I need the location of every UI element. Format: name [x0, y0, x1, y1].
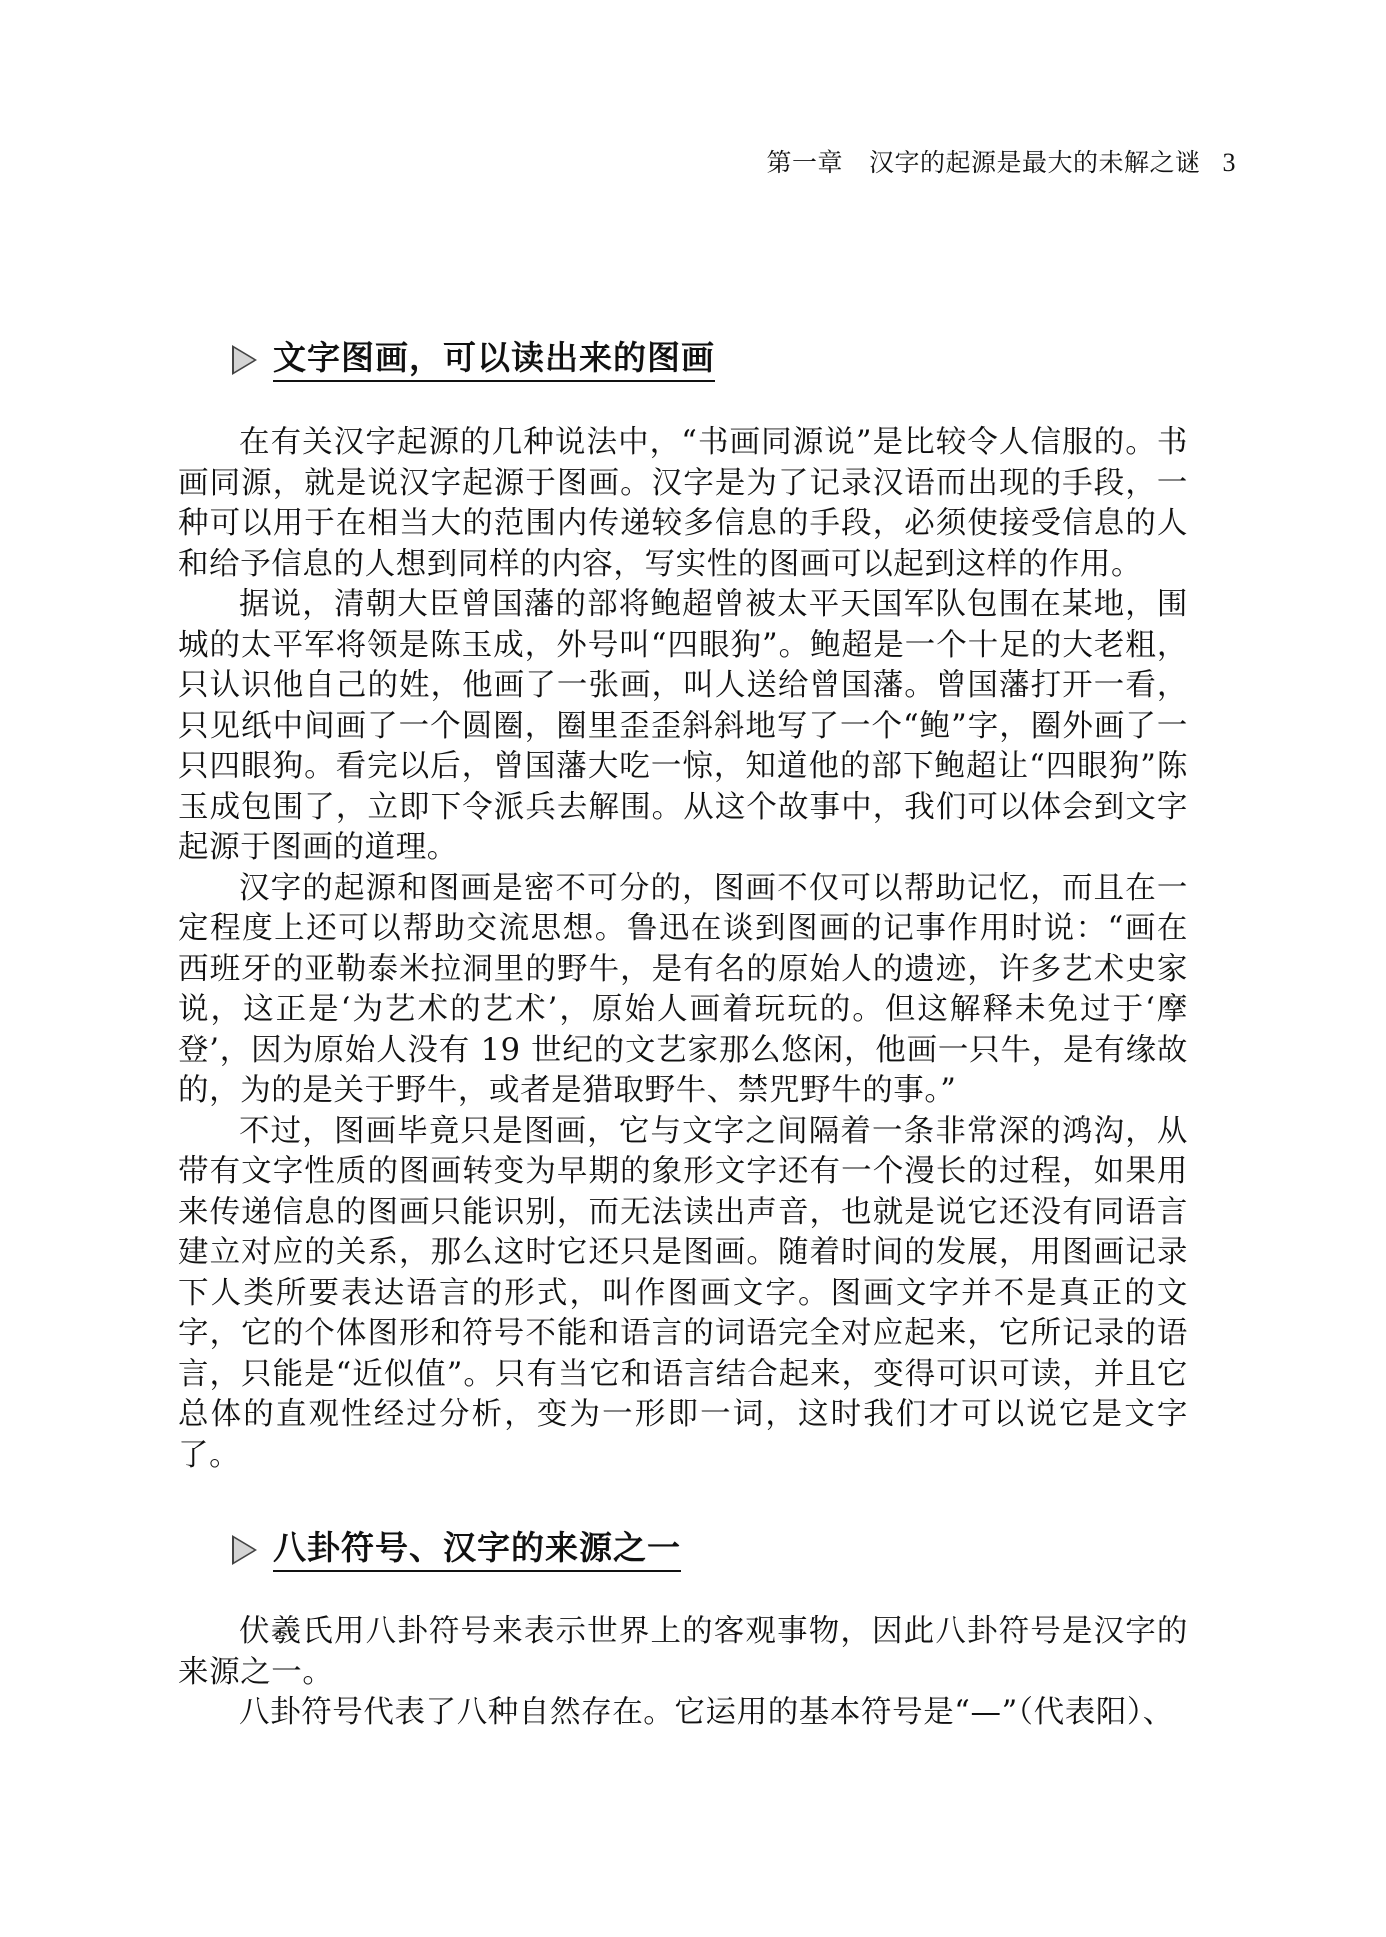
paragraph: 汉字的起源和图画是密不可分的，图画不仅可以帮助记忆，而且在一定程度上还可以帮助交… — [178, 869, 1188, 1112]
chapter-title: 汉字的起源是最大的未解之谜 — [869, 148, 1201, 177]
triangle-right-icon — [232, 345, 257, 375]
section-2-body: 伏羲氏用八卦符号来表示世界上的客观事物，因此八卦符号是汉字的来源之一。 八卦符号… — [178, 1612, 1188, 1734]
running-head: 第一章汉字的起源是最大的未解之谜3 — [766, 143, 1236, 179]
section-heading-2: 八卦符号、汉字的来源之一 — [232, 1525, 681, 1575]
chapter-label: 第一章 — [766, 148, 843, 177]
section-heading-1: 文字图画，可以读出来的图画 — [232, 335, 715, 385]
paragraph: 不过，图画毕竟只是图画，它与文字之间隔着一条非常深的鸿沟，从带有文字性质的图画转… — [178, 1112, 1188, 1477]
section-title: 八卦符号、汉字的来源之一 — [273, 1528, 681, 1572]
paragraph: 据说，清朝大臣曾国藩的部将鲍超曾被太平天国军队包围在某地，围城的太平军将领是陈玉… — [178, 585, 1188, 869]
section-title: 文字图画，可以读出来的图画 — [273, 338, 715, 382]
paragraph: 八卦符号代表了八种自然存在。它运用的基本符号是“—”（代表阳）、 — [178, 1693, 1188, 1734]
triangle-right-icon — [232, 1535, 257, 1565]
section-1-body: 在有关汉字起源的几种说法中，“书画同源说”是比较令人信服的。书画同源，就是说汉字… — [178, 423, 1188, 1476]
page-number: 3 — [1223, 148, 1237, 177]
paragraph: 伏羲氏用八卦符号来表示世界上的客观事物，因此八卦符号是汉字的来源之一。 — [178, 1612, 1188, 1693]
paragraph: 在有关汉字起源的几种说法中，“书画同源说”是比较令人信服的。书画同源，就是说汉字… — [178, 423, 1188, 585]
